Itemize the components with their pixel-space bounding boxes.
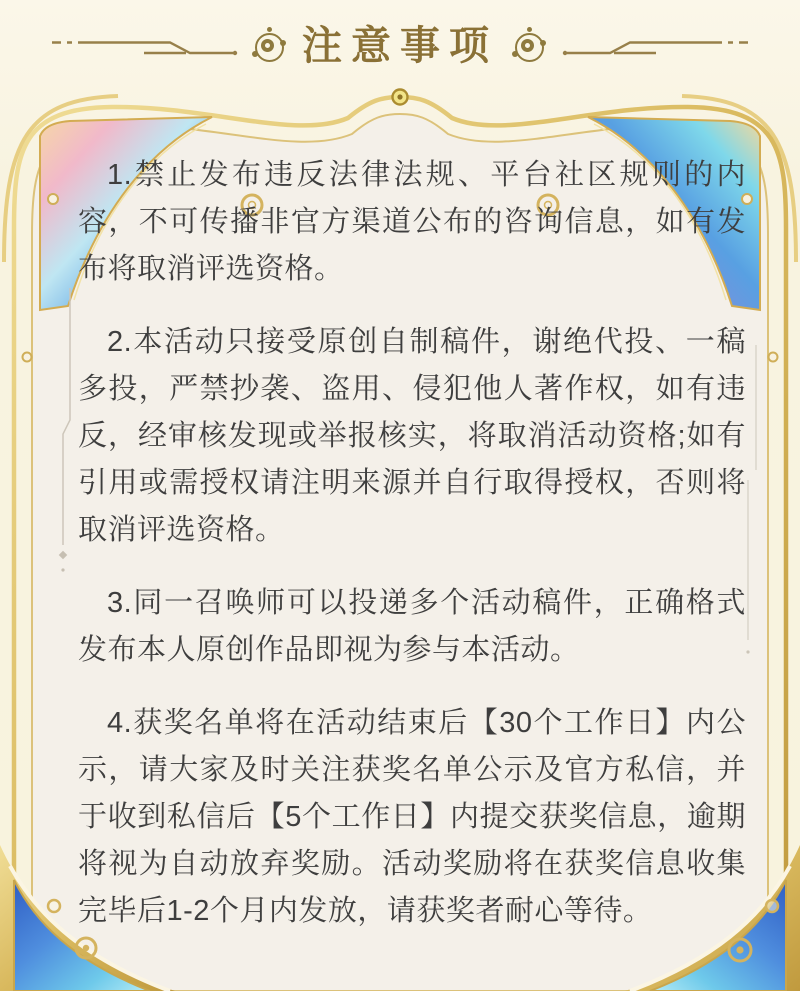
- note-paragraph-2: 2.本活动只接受原创自制稿件，谢绝代投、一稿多投，严禁抄袭、盗用、侵犯他人著作权…: [78, 319, 746, 554]
- notes-list: 1.禁止发布违反法律法规、平台社区规则的内容，不可传播非官方渠道公布的咨询信息，…: [34, 152, 766, 961]
- notice-page: 注意事项: [0, 0, 800, 991]
- note-paragraph-3: 3.同一召唤师可以投递多个活动稿件，正确格式发布本人原创作品即视为参与本活动。: [78, 580, 746, 674]
- note-paragraph-4: 4.获奖名单将在活动结束后【30个工作日】内公示，请大家及时关注获奖名单公示及官…: [78, 700, 746, 935]
- top-center-gem-icon: [393, 90, 408, 105]
- note-paragraph-1: 1.禁止发布违反法律法规、平台社区规则的内容，不可传播非官方渠道公布的咨询信息，…: [78, 152, 746, 293]
